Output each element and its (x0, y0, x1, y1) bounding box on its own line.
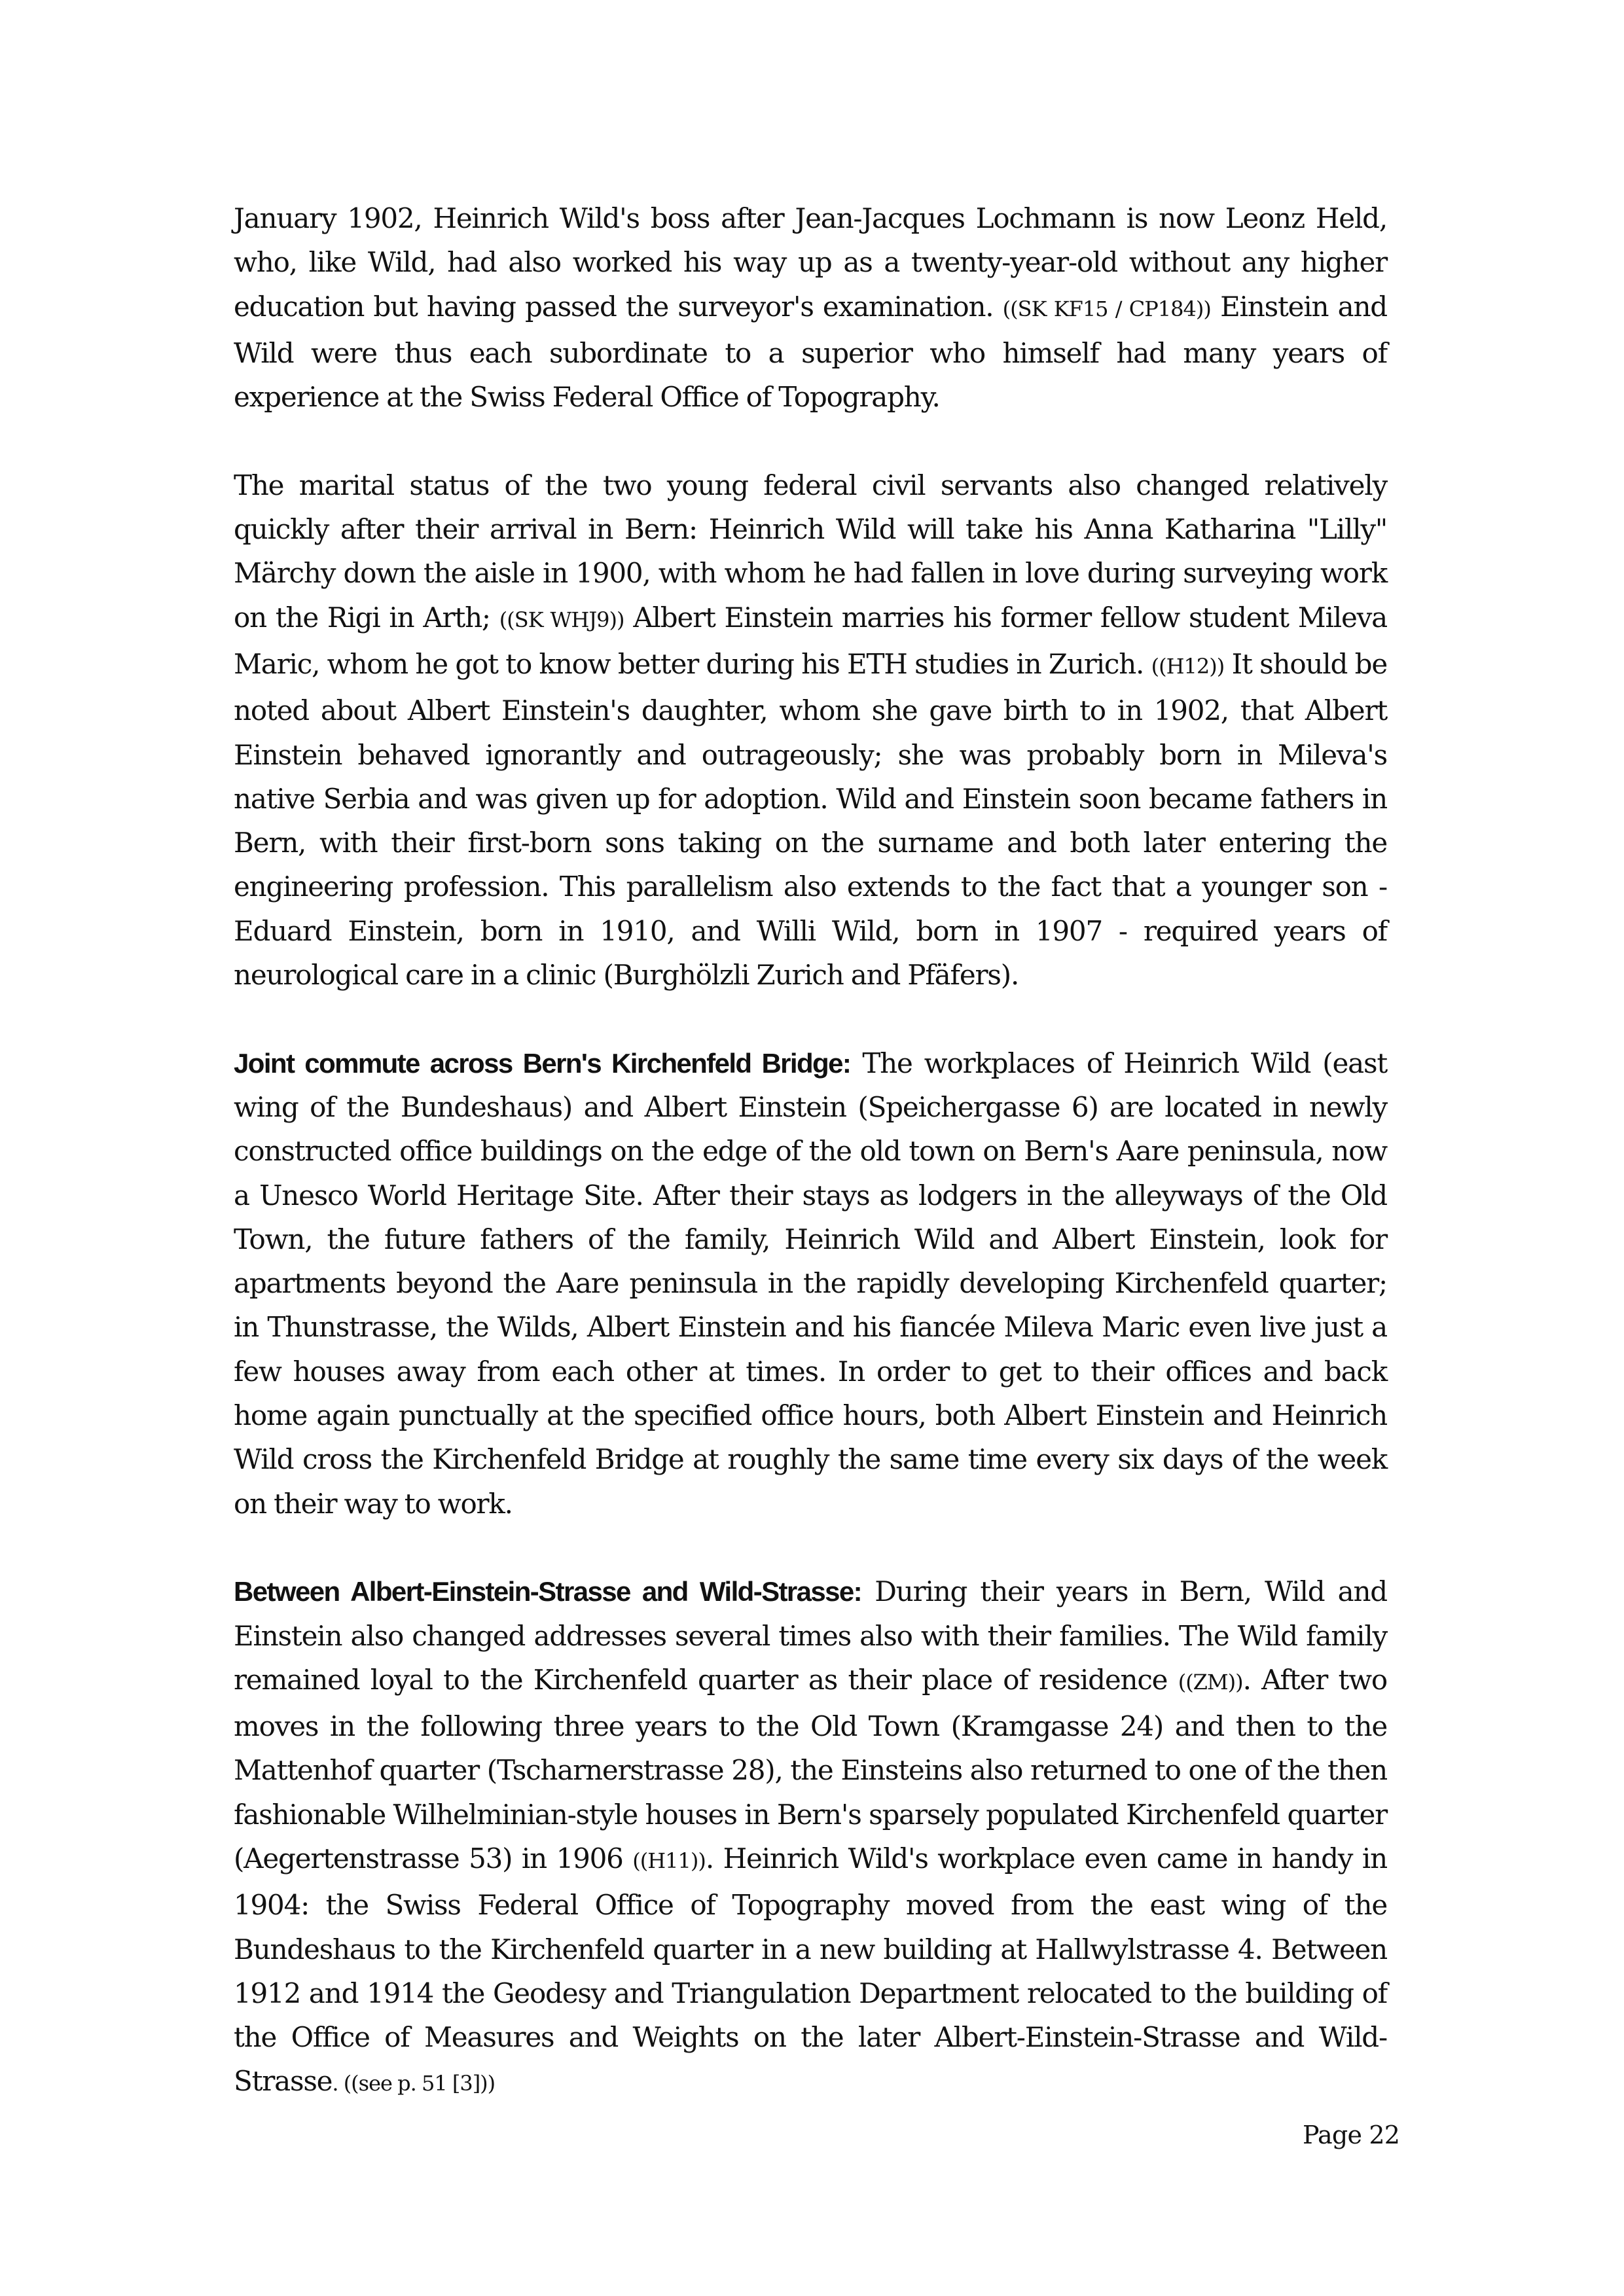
citation-reference: . ((see p. 51 [3])) (332, 2071, 495, 2096)
document-body: January 1902, Heinrich Wild's boss after… (234, 196, 1387, 2150)
page-number: Page 22 (1303, 2121, 1399, 2149)
citation-reference: ((ZM)) (1178, 1670, 1243, 1695)
citation-reference: ((H12)) (1151, 654, 1225, 679)
section-heading: Joint commute across Bern's Kirchenfeld … (234, 1048, 850, 1079)
citation-reference: ((SK KF15 / CP184)) (1003, 296, 1211, 321)
paragraph-text: The workplaces of Heinrich Wild (east wi… (234, 1047, 1387, 1520)
section-heading: Between Albert-Einstein-Strasse and Wild… (234, 1576, 861, 1607)
citation-reference: ((SK WHJ9)) (499, 607, 624, 632)
paragraph-text: . Heinrich Wild's workplace even came in… (234, 1842, 1387, 2097)
citation-reference: ((H11)) (632, 1848, 706, 1873)
paragraph-joint-commute: Joint commute across Bern's Kirchenfeld … (234, 1041, 1387, 1526)
paragraph-text: It should be noted about Albert Einstein… (234, 648, 1387, 991)
paragraph-marital-status: The marital status of the two young fede… (234, 463, 1387, 997)
paragraph-supervisors: January 1902, Heinrich Wild's boss after… (234, 196, 1387, 419)
paragraph-streets: Between Albert-Einstein-Strasse and Wild… (234, 1570, 1387, 2106)
